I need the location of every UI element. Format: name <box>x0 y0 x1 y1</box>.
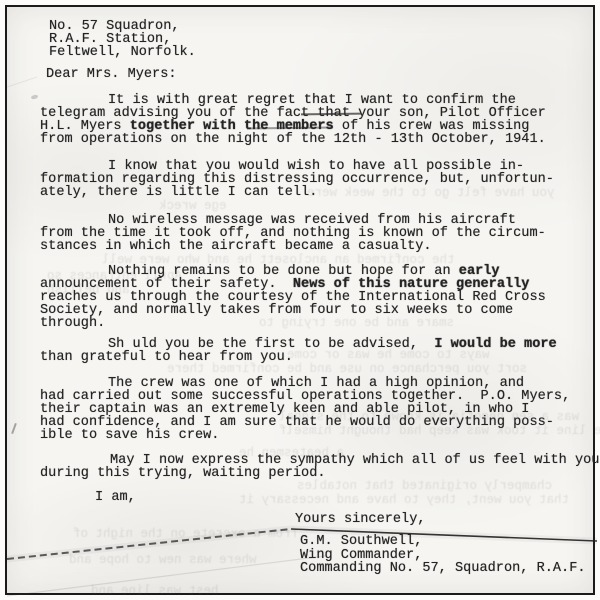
stray-pen-mark <box>11 423 17 434</box>
bleed-through-text: was a sen negotia is known to the signal <box>279 411 579 424</box>
paragraph-1: It is with great regret that I want to c… <box>40 94 546 146</box>
signature-name: G.M. Southwell, <box>300 535 586 549</box>
ink-smudge <box>31 94 39 100</box>
bleed-through-text: sort you perchance on use and be confirm… <box>167 363 527 376</box>
sender-address-line: Feltwell, Norfolk. <box>49 46 196 59</box>
bleed-through-text: April entrances so <box>47 270 182 283</box>
bleed-through-text: champerly originated that notables <box>297 480 552 493</box>
salutation: Dear Mrs. Myers: <box>46 68 177 81</box>
paragraph-3: No wireless message was received from hi… <box>40 214 546 253</box>
bleed-through-text: best was line and <box>91 585 219 598</box>
signature-block: G.M. Southwell, Wing Commander, Commandi… <box>300 535 586 576</box>
sender-address: No. 57 Squadron, R.A.F. Station, Feltwel… <box>49 20 196 59</box>
bleed-through-text: that you went, they to have and necessar… <box>239 494 569 507</box>
bleed-through-text: smare and be one trying to <box>259 317 454 330</box>
bleed-through-text: a beatesmen he <box>239 447 344 460</box>
bleed-through-text: ways to come he was or come <box>287 349 490 362</box>
letter-paper: No. 57 Squadron, R.A.F. Station, Feltwel… <box>5 5 595 595</box>
signature-rank: Wing Commander, <box>300 549 586 563</box>
bleed-through-text: you have felt go to the week were <box>307 187 555 200</box>
valediction: Yours sincerely, <box>295 513 426 526</box>
bleed-through-text: the confirmed an anclosett he and who we… <box>102 254 455 267</box>
closing-i-am: I am, <box>95 491 136 504</box>
bleed-through-text: where was new to hope and <box>69 554 257 567</box>
bleed-through-text: ege wreck <box>159 200 227 213</box>
bleed-through-text: from a excrete on the night of <box>73 528 298 541</box>
bleed-through-text: look the line it took was keep had thoug… <box>279 425 600 438</box>
scanned-letter-image: No. 57 Squadron, R.A.F. Station, Feltwel… <box>0 0 600 600</box>
signature-command: Commanding No. 57, Squadron, R.A.F. <box>300 562 586 576</box>
bleed-through-text: and bellish <box>47 284 130 297</box>
